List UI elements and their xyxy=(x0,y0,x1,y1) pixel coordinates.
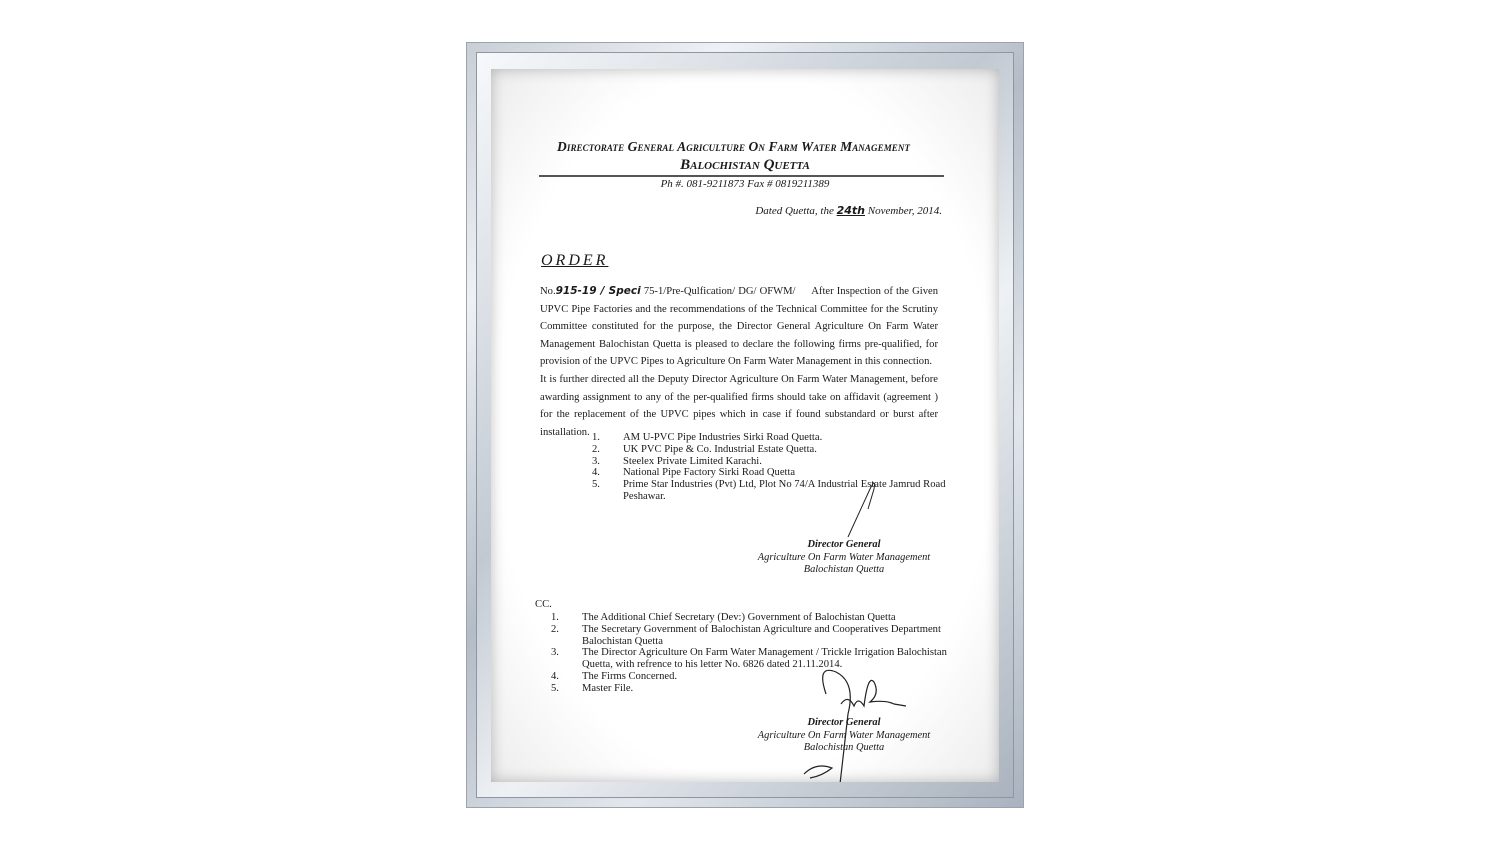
signatory-location: Balochistan Quetta xyxy=(749,564,939,577)
organization-location: Balochistan Quetta xyxy=(491,157,999,174)
organization-heading: Directorate General Agriculture On Farm … xyxy=(557,139,910,155)
signatory-department: Agriculture On Farm Water Management xyxy=(749,730,939,743)
order-paragraph-2: It is further directed all the Deputy Di… xyxy=(540,371,938,441)
signatory-department: Agriculture On Farm Water Management xyxy=(749,552,939,565)
date-suffix: November, 2014. xyxy=(865,205,942,217)
cc-label: CC. xyxy=(535,599,552,610)
contact-line: Ph #. 081-9211873 Fax # 0819211389 xyxy=(491,178,999,190)
document-title: ORDER xyxy=(541,252,608,270)
date-line: Dated Quetta, the 24th November, 2014. xyxy=(755,204,942,217)
list-item: 5.Prime Star Industries (Pvt) Ltd, Plot … xyxy=(592,479,952,503)
firms-list: 1.AM U-PVC Pipe Industries Sirki Road Qu… xyxy=(592,432,952,503)
date-prefix: Dated Quetta, the xyxy=(755,205,836,217)
list-item: 2.The Secretary Government of Balochista… xyxy=(551,624,951,648)
list-item: 4.National Pipe Factory Sirki Road Quett… xyxy=(592,467,952,479)
paragraph-1-text: After Inspection of the Given UPVC Pipe … xyxy=(540,286,938,367)
picture-frame: Directorate General Agriculture On Farm … xyxy=(466,42,1024,808)
date-handwritten-day: 24th xyxy=(837,204,865,217)
order-paragraph-1: No.915-19 / Speci 75-1/Pre-Qulfication/ … xyxy=(540,283,938,371)
order-number-handwritten: 915-19 / Speci xyxy=(556,285,641,297)
order-number-prefix: No. xyxy=(540,286,556,297)
signatory-title: Director General xyxy=(749,717,939,730)
signatory-title: Director General xyxy=(749,539,939,552)
order-document: Directorate General Agriculture On Farm … xyxy=(491,69,999,782)
order-number-suffix: 75-1/Pre-Qulfication/ DG/ OFWM/ xyxy=(641,286,796,297)
list-item: 3.Steelex Private Limited Karachi. xyxy=(592,456,952,468)
signature-block-2: Director General Agriculture On Farm Wat… xyxy=(749,717,939,755)
signature-block-1: Director General Agriculture On Farm Wat… xyxy=(749,539,939,577)
list-item: 1.The Additional Chief Secretary (Dev:) … xyxy=(551,612,951,624)
header-rule xyxy=(539,175,944,177)
signatory-location: Balochistan Quetta xyxy=(749,742,939,755)
list-item: 1.AM U-PVC Pipe Industries Sirki Road Qu… xyxy=(592,432,952,444)
list-item: 2.UK PVC Pipe & Co. Industrial Estate Qu… xyxy=(592,444,952,456)
signature-1-icon xyxy=(846,479,886,539)
